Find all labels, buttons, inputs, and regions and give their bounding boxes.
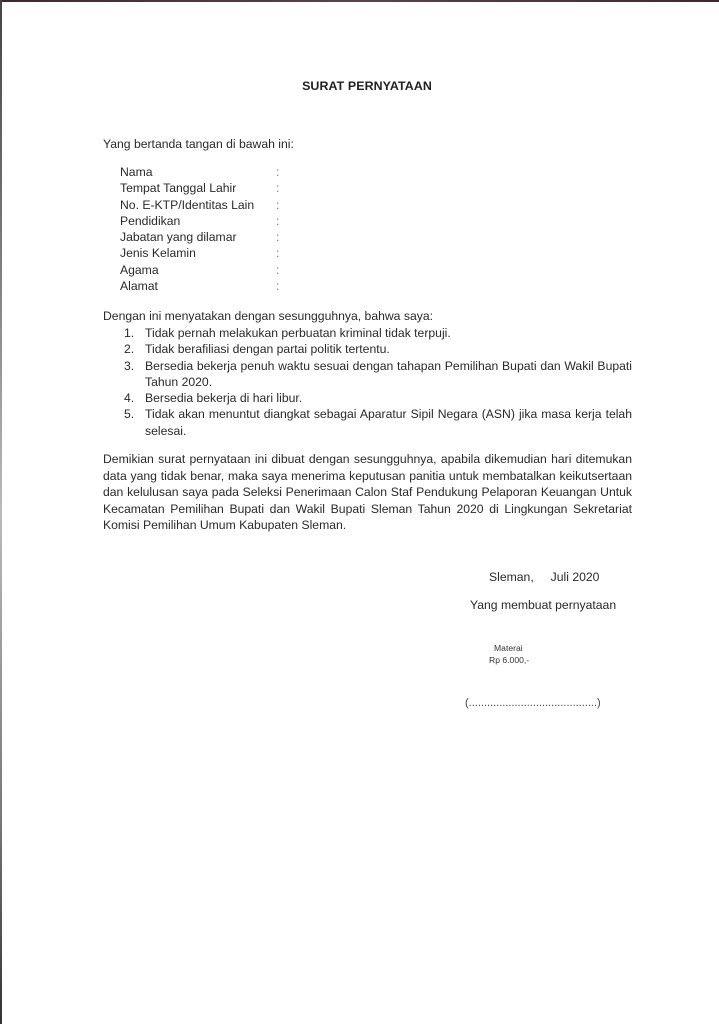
- item-text: Tidak pernah melakukan perbuatan krimina…: [145, 326, 451, 340]
- field-label: No. E-KTP/Identitas Lain: [120, 197, 254, 213]
- signature-name-line: (.......................................…: [465, 697, 601, 709]
- stamp-value: Rp 6.000,-: [489, 654, 529, 666]
- item-number: 3.: [124, 358, 134, 374]
- item-number: 4.: [124, 390, 134, 406]
- field-separator: :: [276, 213, 279, 229]
- item-number: 1.: [124, 325, 134, 341]
- field-jabatan: Jabatan yang dilamar :: [120, 229, 320, 245]
- field-nama: Nama :: [120, 164, 320, 180]
- field-alamat: Alamat :: [120, 278, 320, 294]
- statement-item: 1. Tidak pernah melakukan perbuatan krim…: [124, 325, 632, 341]
- field-pendidikan: Pendidikan :: [120, 213, 320, 229]
- place-date: Sleman, Juli 2020: [489, 570, 599, 584]
- field-separator: :: [276, 180, 279, 196]
- statement-item: 5. Tidak akan menuntut diangkat sebagai …: [124, 406, 632, 439]
- field-label: Nama: [120, 164, 153, 180]
- field-label: Alamat: [120, 278, 158, 294]
- statement-list: 1. Tidak pernah melakukan perbuatan krim…: [124, 325, 632, 439]
- item-number: 5.: [124, 406, 134, 422]
- field-ektp: No. E-KTP/Identitas Lain :: [120, 197, 320, 213]
- item-number: 2.: [124, 341, 134, 357]
- field-label: Pendidikan: [120, 213, 180, 229]
- item-text: Bersedia bekerja penuh waktu sesuai deng…: [145, 359, 632, 389]
- document-page: SURAT PERNYATAAN Yang bertanda tangan di…: [0, 0, 719, 1024]
- field-separator: :: [276, 278, 279, 294]
- document-title: SURAT PERNYATAAN: [0, 79, 719, 93]
- field-separator: :: [276, 245, 279, 261]
- field-label: Jabatan yang dilamar: [120, 229, 237, 245]
- closing-paragraph: Demikian surat pernyataan ini dibuat den…: [103, 451, 632, 534]
- field-separator: :: [276, 197, 279, 213]
- field-tempat-tanggal-lahir: Tempat Tanggal Lahir :: [120, 180, 320, 196]
- stamp-area: Materai Rp 6.000,-: [489, 642, 529, 666]
- intro-text: Yang bertanda tangan di bawah ini:: [103, 137, 294, 151]
- item-text: Tidak akan menuntut diangkat sebagai Apa…: [145, 407, 632, 437]
- identity-fields: Nama : Tempat Tanggal Lahir : No. E-KTP/…: [120, 164, 320, 294]
- statement-item: 4. Bersedia bekerja di hari libur.: [124, 390, 632, 406]
- item-text: Tidak berafiliasi dengan partai politik …: [145, 342, 390, 356]
- field-jenis-kelamin: Jenis Kelamin :: [120, 245, 320, 261]
- field-separator: :: [276, 262, 279, 278]
- stamp-label: Materai: [489, 642, 529, 654]
- signer-label: Yang membuat pernyataan: [470, 598, 616, 612]
- field-label: Tempat Tanggal Lahir: [120, 180, 236, 196]
- statement-item: 2. Tidak berafiliasi dengan partai polit…: [124, 341, 632, 357]
- field-agama: Agama :: [120, 262, 320, 278]
- field-label: Agama: [120, 262, 159, 278]
- field-label: Jenis Kelamin: [120, 245, 196, 261]
- field-separator: :: [276, 164, 279, 180]
- statement-intro: Dengan ini menyatakan dengan sesungguhny…: [103, 309, 433, 323]
- field-separator: :: [276, 229, 279, 245]
- statement-item: 3. Bersedia bekerja penuh waktu sesuai d…: [124, 358, 632, 391]
- item-text: Bersedia bekerja di hari libur.: [145, 391, 302, 405]
